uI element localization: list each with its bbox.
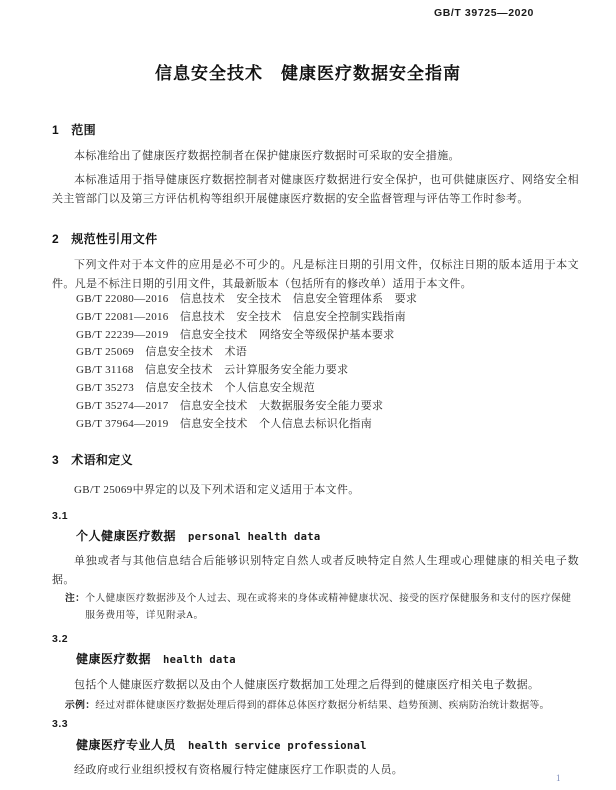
term-zh: 健康医疗数据	[76, 652, 151, 666]
term-zh: 健康医疗专业人员	[76, 738, 176, 752]
term-zh: 个人健康医疗数据	[76, 529, 176, 543]
term-3-3: 健康医疗专业人员health service professional	[76, 736, 367, 754]
term-en: personal health data	[188, 531, 320, 543]
section-3-heading: 3 术语和定义	[52, 451, 133, 468]
section-3-intro: GB/T 25069中界定的以及下列术语和定义适用于本文件。	[52, 481, 579, 500]
note-text: 个人健康医疗数据涉及个人过去、现在或将来的身体或精神健康状况、接受的医疗保健服务…	[85, 590, 571, 624]
normative-references-list: GB/T 22080—2016 信息技术 安全技术 信息安全管理体系 要求 GB…	[76, 291, 417, 433]
section-1-paragraph-2: 本标准适用于指导健康医疗数据控制者对健康医疗数据进行安全保护，也可供健康医疗、网…	[52, 171, 579, 208]
clause-number-3-3: 3.3	[52, 718, 68, 730]
term-3-1-note: 注： 个人健康医疗数据涉及个人过去、现在或将来的身体或精神健康状况、接受的医疗保…	[65, 590, 571, 624]
reference-item: GB/T 37964—2019 信息安全技术 个人信息去标识化指南	[76, 416, 417, 434]
term-3-3-definition: 经政府或行业组织授权有资格履行特定健康医疗工作职责的人员。	[52, 761, 579, 780]
term-3-2-definition: 包括个人健康医疗数据以及由个人健康医疗数据加工处理之后得到的健康医疗相关电子数据…	[52, 676, 579, 695]
term-3-1-definition: 单独或者与其他信息结合后能够识别特定自然人或者反映特定自然人生理或心理健康的相关…	[52, 552, 579, 589]
reference-item: GB/T 35274—2017 信息安全技术 大数据服务安全能力要求	[76, 398, 417, 416]
section-2-intro: 下列文件对于本文件的应用是必不可少的。凡是标注日期的引用文件，仅标注日期的版本适…	[52, 256, 579, 293]
section-1-paragraph-1: 本标准给出了健康医疗数据控制者在保护健康医疗数据时可采取的安全措施。	[52, 147, 579, 166]
reference-item: GB/T 22081—2016 信息技术 安全技术 信息安全控制实践指南	[76, 309, 417, 327]
term-en: health service professional	[188, 740, 367, 752]
section-1-heading: 1 范围	[52, 121, 96, 138]
term-en: health data	[163, 654, 236, 666]
note-label: 注：	[65, 590, 85, 607]
page-number: 1	[556, 773, 561, 783]
reference-item: GB/T 25069 信息安全技术 术语	[76, 344, 417, 362]
clause-number-3-1: 3.1	[52, 510, 68, 522]
term-3-1: 个人健康医疗数据personal health data	[76, 527, 320, 545]
reference-item: GB/T 22239—2019 信息安全技术 网络安全等级保护基本要求	[76, 327, 417, 345]
document-page: GB/T 39725—2020 信息安全技术 健康医疗数据安全指南 1 范围 本…	[0, 0, 616, 790]
term-3-2: 健康医疗数据health data	[76, 650, 236, 668]
reference-item: GB/T 35273 信息安全技术 个人信息安全规范	[76, 380, 417, 398]
example-label: 示例：	[65, 697, 95, 714]
doc-title: 信息安全技术 健康医疗数据安全指南	[0, 59, 616, 84]
reference-item: GB/T 31168 信息安全技术 云计算服务安全能力要求	[76, 362, 417, 380]
example-text: 经过对群体健康医疗数据处理后得到的群体总体医疗数据分析结果、趋势预测、疾病防治统…	[95, 697, 581, 714]
term-3-2-example: 示例： 经过对群体健康医疗数据处理后得到的群体总体医疗数据分析结果、趋势预测、疾…	[65, 697, 581, 714]
reference-item: GB/T 22080—2016 信息技术 安全技术 信息安全管理体系 要求	[76, 291, 417, 309]
section-2-heading: 2 规范性引用文件	[52, 230, 157, 247]
doc-code: GB/T 39725—2020	[434, 7, 534, 19]
clause-number-3-2: 3.2	[52, 633, 68, 645]
